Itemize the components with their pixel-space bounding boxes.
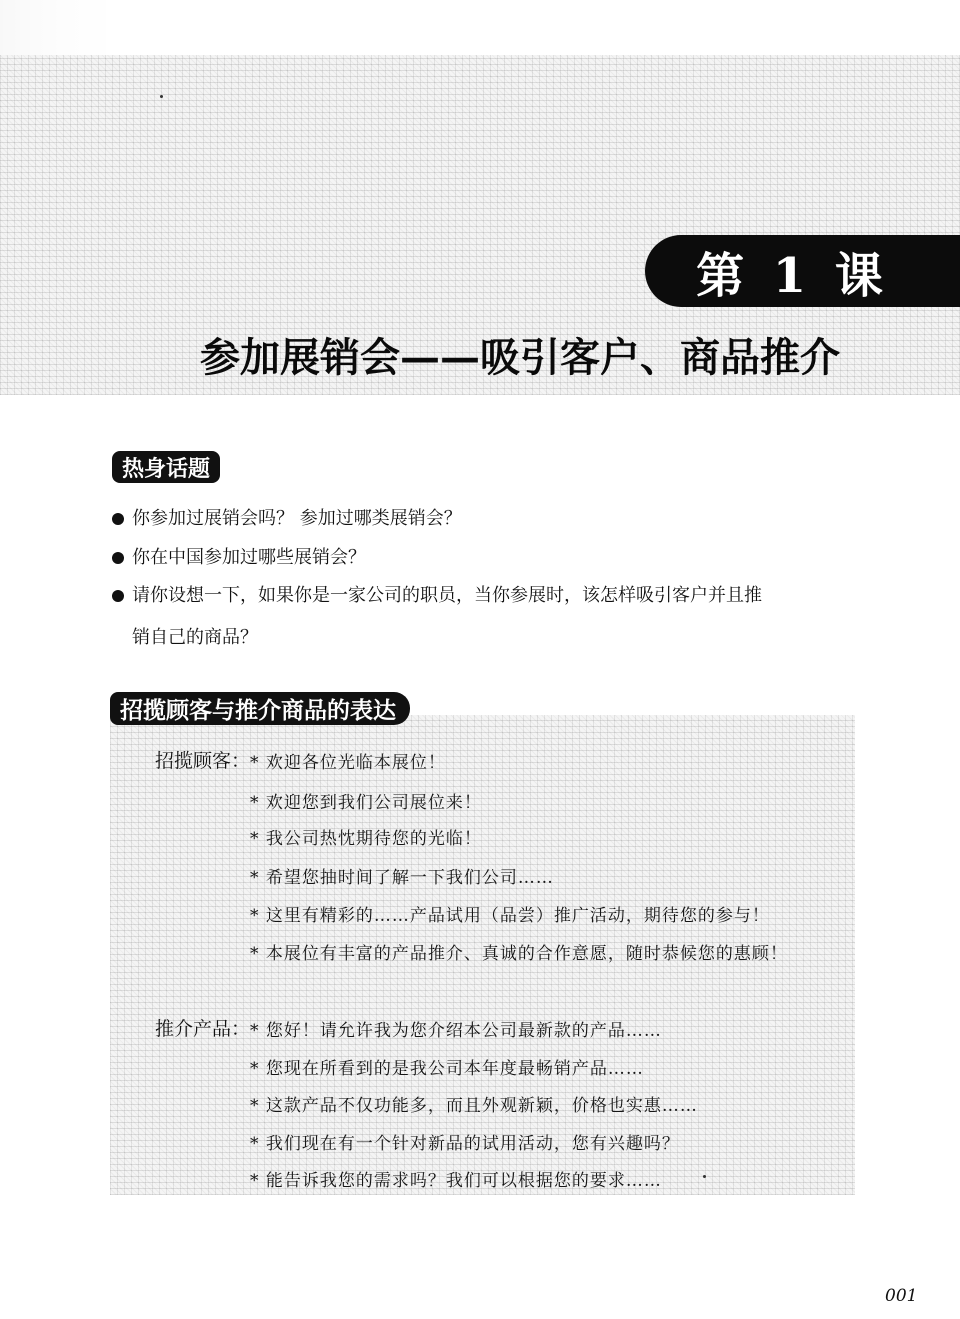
expression-line: * 本展位有丰富的产品推介、真诚的合作意愿，随时恭候您的惠顾！ (250, 939, 788, 964)
question-text-continuation: 销自己的商品？ (112, 626, 762, 650)
expression-group-label: 招揽顾客： (155, 746, 250, 773)
expressions-section-tag: 招揽顾客与推介商品的表达 (110, 692, 410, 725)
expression-group-label: 推介产品： (155, 1014, 250, 1041)
lesson-number-badge: 第 1 课 (645, 235, 960, 307)
expression-line: * 希望您抽时间了解一下我们公司…… (250, 863, 554, 888)
warmup-question: 请你设想一下，如果你是一家公司的职员，当你参展时，该怎样吸引客户并且推 销自己的… (112, 584, 762, 650)
scan-speck (703, 1175, 706, 1178)
warmup-section-tag: 热身话题 (112, 451, 220, 483)
warmup-question: 你在中国参加过哪些展销会？ (112, 546, 366, 570)
expression-line: * 欢迎各位光临本展位！ (250, 748, 446, 773)
expression-line: * 我们现在有一个针对新品的试用活动，您有兴趣吗？ (250, 1129, 680, 1154)
question-text: 你参加过展销会吗？ 参加过哪类展销会？ (132, 507, 462, 531)
warmup-question: 你参加过展销会吗？ 参加过哪类展销会？ (112, 507, 462, 531)
expression-line: * 我公司热忱期待您的光临！ (250, 824, 482, 849)
question-text: 请你设想一下，如果你是一家公司的职员，当你参展时，该怎样吸引客户并且推 (132, 584, 762, 608)
expression-line: * 您现在所看到的是我公司本年度最畅销产品…… (250, 1054, 644, 1079)
bullet-icon (112, 590, 124, 602)
header-texture-top (0, 0, 960, 55)
lesson-number: 第 1 课 (696, 237, 889, 306)
expression-line: * 欢迎您到我们公司展位来！ (250, 788, 482, 813)
expression-line: * 您好！请允许我为您介绍本公司最新款的产品…… (250, 1016, 662, 1041)
bullet-icon (112, 552, 124, 564)
expression-line: * 这里有精彩的……产品试用（品尝）推广活动，期待您的参与！ (250, 901, 770, 926)
expression-line: * 这款产品不仅功能多，而且外观新颖，价格也实惠…… (250, 1091, 698, 1116)
lesson-title: 参加展销会——吸引客户、商品推介 (200, 326, 870, 383)
bullet-icon (112, 513, 124, 525)
expression-line: * 能告诉我您的需求吗？我们可以根据您的要求…… (250, 1166, 662, 1191)
scan-speck (607, 594, 609, 597)
question-text: 你在中国参加过哪些展销会？ (132, 546, 366, 570)
page-number: 001 (885, 1286, 917, 1306)
scan-speck (160, 95, 163, 98)
